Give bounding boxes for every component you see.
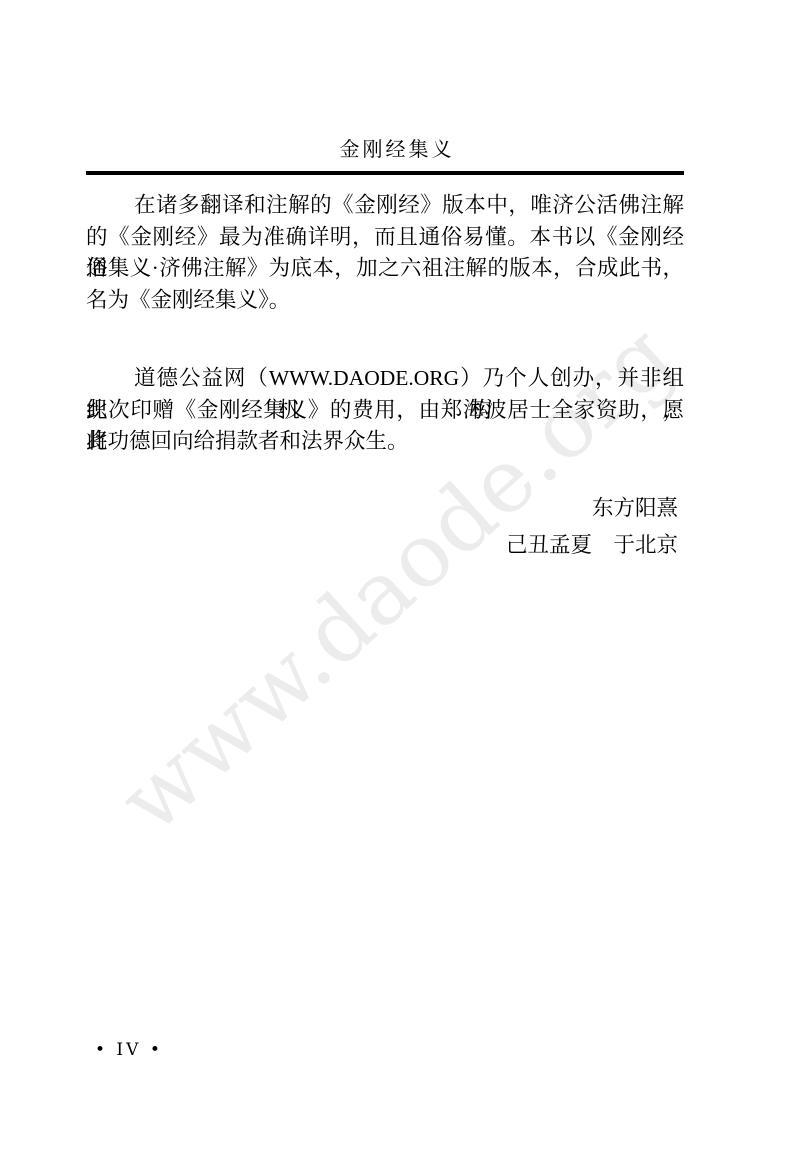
paragraph-line: 名为《金刚经集义》。 — [86, 285, 684, 317]
paragraph-line: 俗集义·济佛注解》为底本，加之六祖注解的版本，合成此书， — [86, 253, 684, 285]
paragraph-line: 此功德回向给捐款者和法界众生。 — [86, 426, 684, 458]
page-number: • IV • — [95, 1038, 163, 1062]
header-rule — [86, 171, 684, 175]
paragraph-intro: 在诸多翻译和注解的《金刚经》版本中，唯济公活佛注解 的《金刚经》最为准确详明，而… — [86, 190, 684, 316]
page-title: 金刚经集义 — [0, 138, 794, 162]
signature-date-place: 己丑孟夏 于北京 — [86, 530, 684, 562]
paragraph-line: 道德公益网（WWW.DAODE.ORG）乃个人创办，并非组织机构， — [86, 363, 684, 395]
paragraph-line: 在诸多翻译和注解的《金刚经》版本中，唯济公活佛注解 — [86, 190, 684, 222]
paragraph-line: 的《金刚经》最为准确详明，而且通俗易懂。本书以《金刚经通 — [86, 222, 684, 254]
paragraph-line: 此次印赠《金刚经集义》的费用，由郑海波居士全家资助，愿将 — [86, 395, 684, 427]
signature-name: 东方阳熹 — [86, 493, 684, 525]
paragraph-donation: 道德公益网（WWW.DAODE.ORG）乃个人创办，并非组织机构， 此次印赠《金… — [86, 363, 684, 458]
book-page: www.daode.org 金刚经集义 在诸多翻译和注解的《金刚经》版本中，唯济… — [0, 0, 794, 1149]
